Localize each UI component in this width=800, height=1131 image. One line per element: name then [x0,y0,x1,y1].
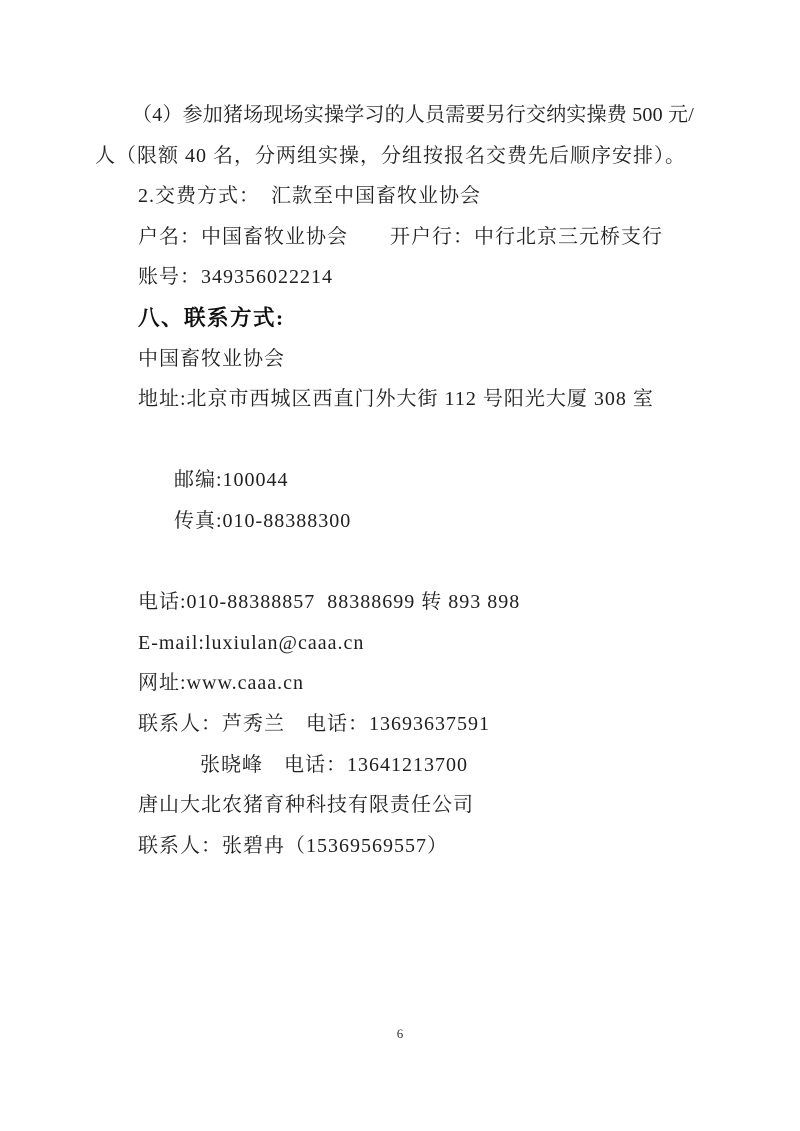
postal-fax-line: 邮编:100044 传真:010-88388300 [95,420,713,582]
company-2-contact-line: 联系人：张碧冉（15369569557） [95,826,713,867]
company-2-name-line: 唐山大北农猪育种科技有限责任公司 [95,785,713,826]
phone-line: 电话:010-88388857 88388699 转 893 898 [95,582,713,623]
postal-code: 邮编:100044 [174,460,443,501]
contact-person-1-line: 联系人：芦秀兰 电话：13693637591 [95,704,713,745]
website-line: 网址:www.caaa.cn [95,663,713,704]
fee-note-line-2: 人（限额 40 名，分两组实操，分组按报名交费先后顺序安排）。 [95,136,713,177]
page-number: 6 [0,1026,800,1042]
document-body: （4）参加猪场现场实操学习的人员需要另行交纳实操费 500 元/ 人（限额 40… [95,95,713,866]
payment-method-line: 2.交费方式： 汇款至中国畜牧业协会 [95,176,713,217]
fee-note-line-1: （4）参加猪场现场实操学习的人员需要另行交纳实操费 500 元/ [95,95,713,136]
bank-account-number-line: 账号：349356022214 [95,257,713,298]
contact-section-heading: 八、联系方式: [95,298,713,339]
fax-number: 传真:010-88388300 [174,510,351,532]
contact-person-2-line: 张晓峰 电话：13641213700 [95,745,713,786]
email-line: E-mail:luxiulan@caaa.cn [95,623,713,664]
document-page: （4）参加猪场现场实操学习的人员需要另行交纳实操费 500 元/ 人（限额 40… [0,0,800,1131]
organization-name-line: 中国畜牧业协会 [95,339,713,380]
bank-account-name-line: 户名：中国畜牧业协会 开户行：中行北京三元桥支行 [95,217,713,258]
address-line: 地址:北京市西城区西直门外大街 112 号阳光大厦 308 室 [95,379,713,420]
